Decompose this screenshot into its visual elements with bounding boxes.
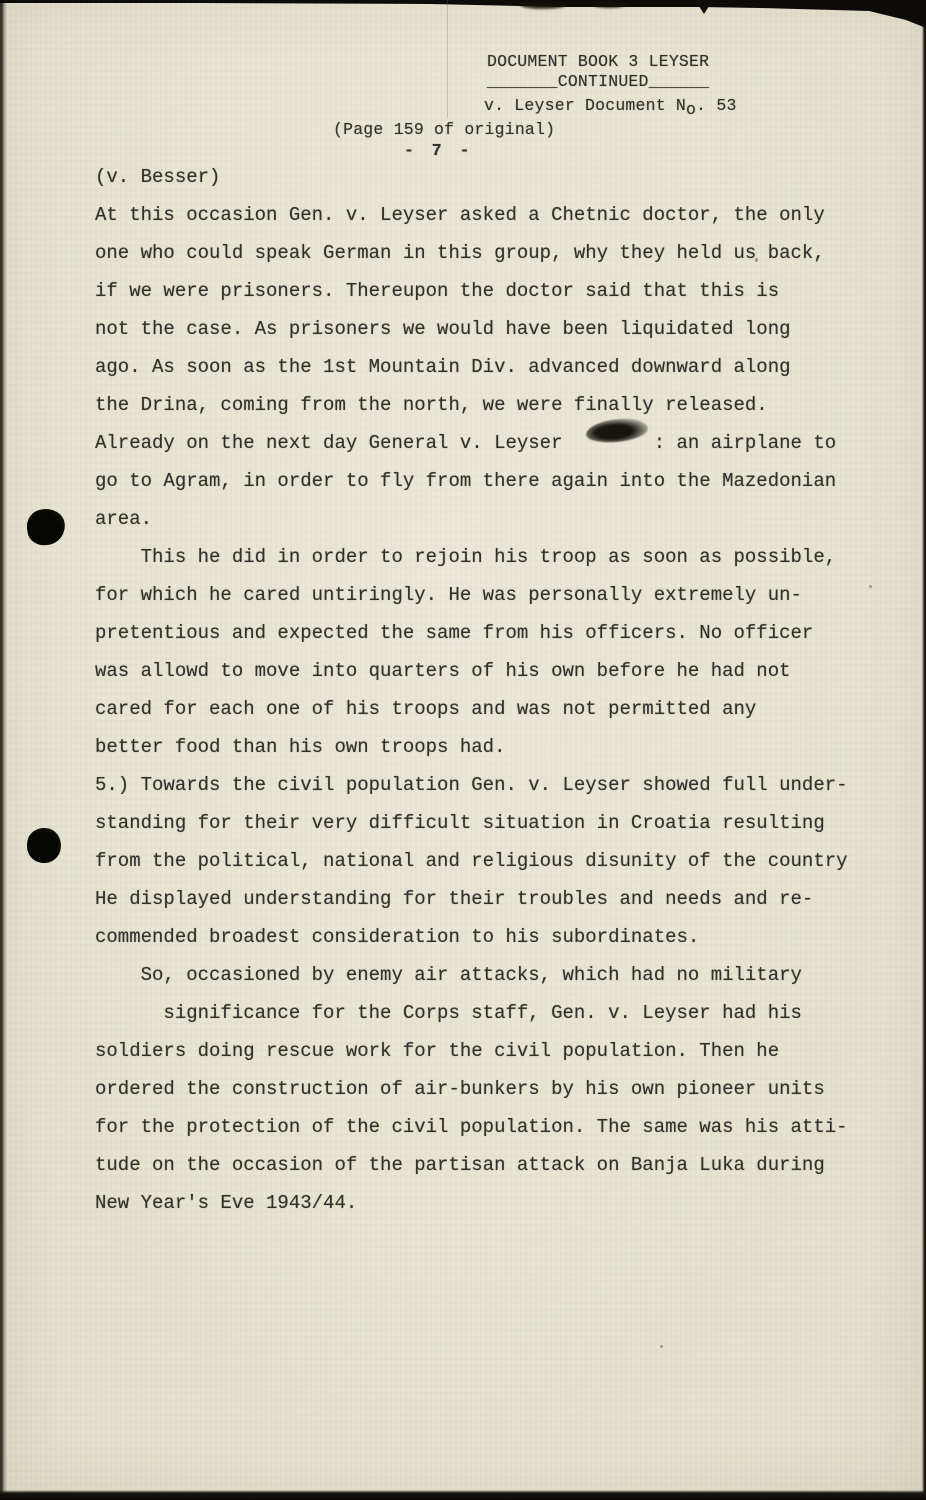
paper-crease <box>447 0 448 118</box>
text-line: cared for each one of his troops and was… <box>95 690 895 728</box>
page-left-edge <box>0 0 7 1500</box>
text-line: New Year's Eve 1943/44. <box>95 1184 895 1222</box>
text-line: ordered the construction of air-bunkers … <box>95 1070 895 1108</box>
page-bottom-edge <box>0 1490 926 1500</box>
text-line: ago. As soon as the 1st Mountain Div. ad… <box>95 348 895 386</box>
text-line: for the protection of the civil populati… <box>95 1108 895 1146</box>
text-line: (v. Besser) <box>95 158 895 196</box>
text-line: was allowd to move into quarters of his … <box>95 652 895 690</box>
text-line: Already on the next day General v. Leyse… <box>95 424 895 462</box>
text-line: commended broadest consideration to his … <box>95 918 895 956</box>
text-line: tude on the occasion of the partisan att… <box>95 1146 895 1184</box>
text-line: This he did in order to rejoin his troop… <box>95 538 895 576</box>
doc-no-subscript-o: o <box>686 100 696 119</box>
body-lines: (v. Besser)At this occasion Gen. v. Leys… <box>95 158 895 1222</box>
text-line: if we were prisoners. Thereupon the doct… <box>95 272 895 310</box>
top-edge-smudge <box>520 1 566 9</box>
text-line: one who could speak German in this group… <box>95 234 895 272</box>
text-line: At this occasion Gen. v. Leyser asked a … <box>95 196 895 234</box>
text-line: pretentious and expected the same from h… <box>95 614 895 652</box>
text-line: from the political, national and religio… <box>95 842 895 880</box>
text-line: the Drina, coming from the north, we wer… <box>95 386 895 424</box>
text-line: not the case. As prisoners we would have… <box>95 310 895 348</box>
page-right-edge <box>922 0 926 1500</box>
header-book-title: DOCUMENT BOOK 3 LEYSER <box>487 52 709 71</box>
text-line: go to Agram, in order to fly from there … <box>95 462 895 500</box>
text-line: He displayed understanding for their tro… <box>95 880 895 918</box>
scanned-document-page: DOCUMENT BOOK 3 LEYSER _______CONTINUED_… <box>0 0 926 1500</box>
header-continued: _______CONTINUED______ <box>487 72 709 91</box>
paper-speck <box>660 1345 663 1348</box>
doc-no-post: . 53 <box>696 96 736 115</box>
text-line: So, occasioned by enemy air attacks, whi… <box>95 956 895 994</box>
top-edge-smudge <box>592 1 626 8</box>
text-line: soldiers doing rescue work for the civil… <box>95 1032 895 1070</box>
text-line: area. <box>95 500 895 538</box>
header-page-reference: (Page 159 of original) <box>333 120 555 139</box>
doc-no-pre: v. Leyser Document N <box>484 96 686 115</box>
text-line: for which he cared untiringly. He was pe… <box>95 576 895 614</box>
text-line: better food than his own troops had. <box>95 728 895 766</box>
text-line: standing for their very difficult situat… <box>95 804 895 842</box>
header-document-number: v. Leyser Document No. 53 <box>484 96 737 115</box>
text-line: 5.) Towards the civil population Gen. v.… <box>95 766 895 804</box>
text-line: significance for the Corps staff, Gen. v… <box>95 994 895 1032</box>
